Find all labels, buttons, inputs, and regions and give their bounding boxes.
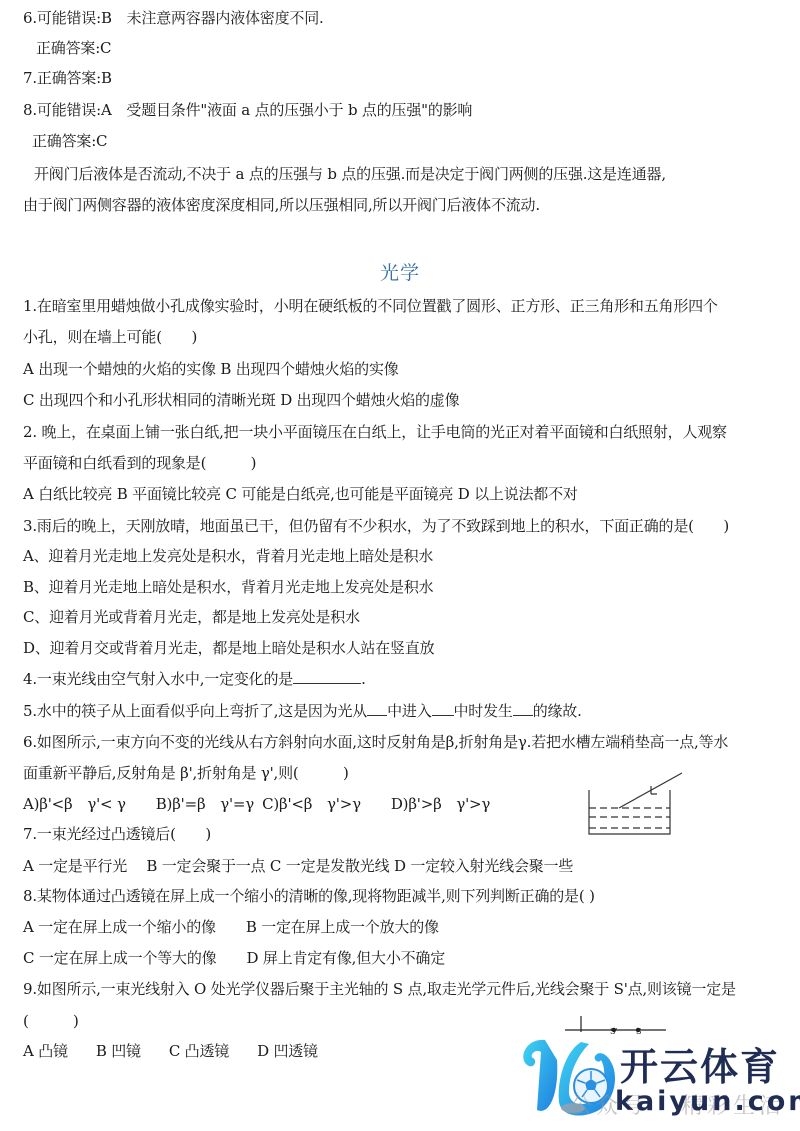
q9-stem-line-1: 9.如图所示,一束光线射入 O 处光学仪器后聚于主光轴的 S 点,取走光学元件后…: [23, 979, 736, 999]
answer-q8-explanation-1: 开阀门后液体是否流动,不决于 a 点的压强与 b 点的压强.而是决定于阀门两侧的…: [34, 164, 666, 184]
q9-stem-line-2: ( ): [23, 1011, 79, 1031]
q5-blank-3[interactable]: [513, 701, 533, 716]
q8-option-a: A 一定在屏上成一个缩小的像: [23, 918, 216, 936]
q5-text-3: 中时发生: [454, 702, 513, 720]
q4-stem-end: .: [361, 670, 366, 688]
q6-options: A)β'<β γ'< γB)β'=β γ'=γC)β'<β γ'>γD)β'>β…: [23, 794, 490, 814]
q6-option-a: A)β'<β γ'< γ: [23, 795, 126, 813]
q3-option-a: A、迎着月光走地上发亮处是积水，背着月光走地上暗处是积水: [23, 546, 433, 566]
q3-option-d: D、迎着月交或背着月光走，都是地上暗处是积水人站在竖直放: [23, 638, 434, 658]
q1-options-ab: A 出现一个蜡烛的火焰的实像 B 出现四个蜡烛火焰的实像: [23, 359, 399, 379]
q6-option-b: B)β'=β γ'=γ: [156, 795, 254, 813]
q7-options: A 一定是平行光 B 一定会聚于一点 C 一定是发散光线 D 一定较入射光线会聚…: [23, 856, 573, 876]
q1-options-cd: C 出现四个和小孔形状相同的清晰光斑 D 出现四个蜡烛火焰的虚像: [23, 390, 459, 410]
q6-stem-line-1: 6.如图所示,一束方向不变的光线从右方斜射向水面,这时反射角是β,折射角是γ.若…: [23, 732, 728, 752]
brand-name-cn: 开云体育: [620, 1036, 780, 1091]
answer-q6-error: 6.可能错误:B 未注意两容器内液体密度不同.: [23, 8, 324, 28]
q3-option-c: C、迎着月光或背着月光走，都是地上发亮处是积水: [23, 607, 360, 627]
q3-stem: 3.雨后的晚上，天刚放晴，地面虽已干，但仍留有不少积水，为了不致踩到地上的积水，…: [23, 516, 729, 536]
q2-stem-line-2: 平面镜和白纸看到的现象是( ): [23, 453, 256, 473]
q6-option-d: D)β'>β γ'>γ: [391, 795, 490, 813]
answer-q7-correct: 7.正确答案:B: [23, 68, 112, 88]
q4-stem-text: 4.一束光线由空气射入水中,一定变化的是: [23, 670, 293, 688]
q8-stem: 8.某物体通过凸透镜在屏上成一个缩小的清晰的像,现将物距减半,则下列判断正确的是…: [23, 886, 595, 906]
section-title: 光学: [0, 258, 800, 285]
q9-option-d: D 凹透镜: [257, 1042, 318, 1060]
brand-url: kaiyun.com: [615, 1086, 800, 1117]
q8-options-cd: C 一定在屏上成一个等大的像D 屏上肯定有像,但大小不确定: [23, 948, 445, 968]
q5-blank-2[interactable]: [432, 701, 454, 716]
answer-q8-error: 8.可能错误:A 受题目条件"液面 a 点的压强小于 b 点的压强"的影响: [23, 100, 472, 120]
q9-option-a: A 凸镜: [23, 1042, 68, 1060]
q5-stem: 5.水中的筷子从上面看似乎向上弯折了,这是因为光从中进入中时发生的缘故.: [23, 701, 582, 721]
q3-option-b: B、迎着月光走地上暗处是积水，背着月光走地上发亮处是积水: [23, 577, 433, 597]
q6-water-tank-diagram: [585, 768, 705, 848]
q2-stem-line-1: 2. 晚上，在桌面上铺一张白纸,把一块小平面镜压在白纸上，让手电筒的光正对着平面…: [23, 422, 727, 442]
answer-q8-explanation-2: 由于阀门两侧容器的液体密度深度相同,所以压强相同,所以开阀门后液体不流动.: [23, 195, 540, 215]
q2-options: A 白纸比较亮 B 平面镜比较亮 C 可能是白纸亮,也可能是平面镜亮 D 以上说…: [23, 484, 578, 504]
q6-stem-line-2: 面重新平静后,反射角是 β',折射角是 γ',则( ): [23, 763, 349, 783]
q5-text-1: 5.水中的筷子从上面看似乎向上弯折了,这是因为光从: [23, 702, 367, 720]
q7-stem: 7.一束光经过凸透镜后( ): [23, 824, 211, 844]
q5-blank-1[interactable]: [367, 701, 387, 716]
answer-q8-correct: 正确答案:C: [32, 131, 107, 151]
q9-options: A 凸镜B 凹镜C 凸透镜D 凹透镜: [23, 1041, 318, 1061]
q4-answer-blank[interactable]: [293, 669, 361, 684]
answer-q6-correct: 正确答案:C: [36, 38, 111, 58]
q5-text-4: 的缘故.: [533, 702, 582, 720]
q1-stem-line-2: 小孔，则在墙上可能( ): [23, 327, 197, 347]
q8-option-b: B 一定在屏上成一个放大的像: [246, 918, 439, 936]
q5-text-2: 中进入: [387, 702, 431, 720]
q4-stem: 4.一束光线由空气射入水中,一定变化的是.: [23, 669, 366, 689]
q9-option-c: C 凸透镜: [169, 1042, 229, 1060]
q8-option-c: C 一定在屏上成一个等大的像: [23, 949, 216, 967]
q8-options-ab: A 一定在屏上成一个缩小的像B 一定在屏上成一个放大的像: [23, 917, 439, 937]
q6-option-c: C)β'<β γ'>γ: [262, 795, 361, 813]
q8-option-d: D 屏上肯定有像,但大小不确定: [246, 949, 445, 967]
q1-stem-line-1: 1.在暗室里用蜡烛做小孔成像实验时，小明在硬纸板的不同位置戳了圆形、正方形、正三…: [23, 296, 718, 316]
q9-option-b: B 凹镜: [96, 1042, 141, 1060]
